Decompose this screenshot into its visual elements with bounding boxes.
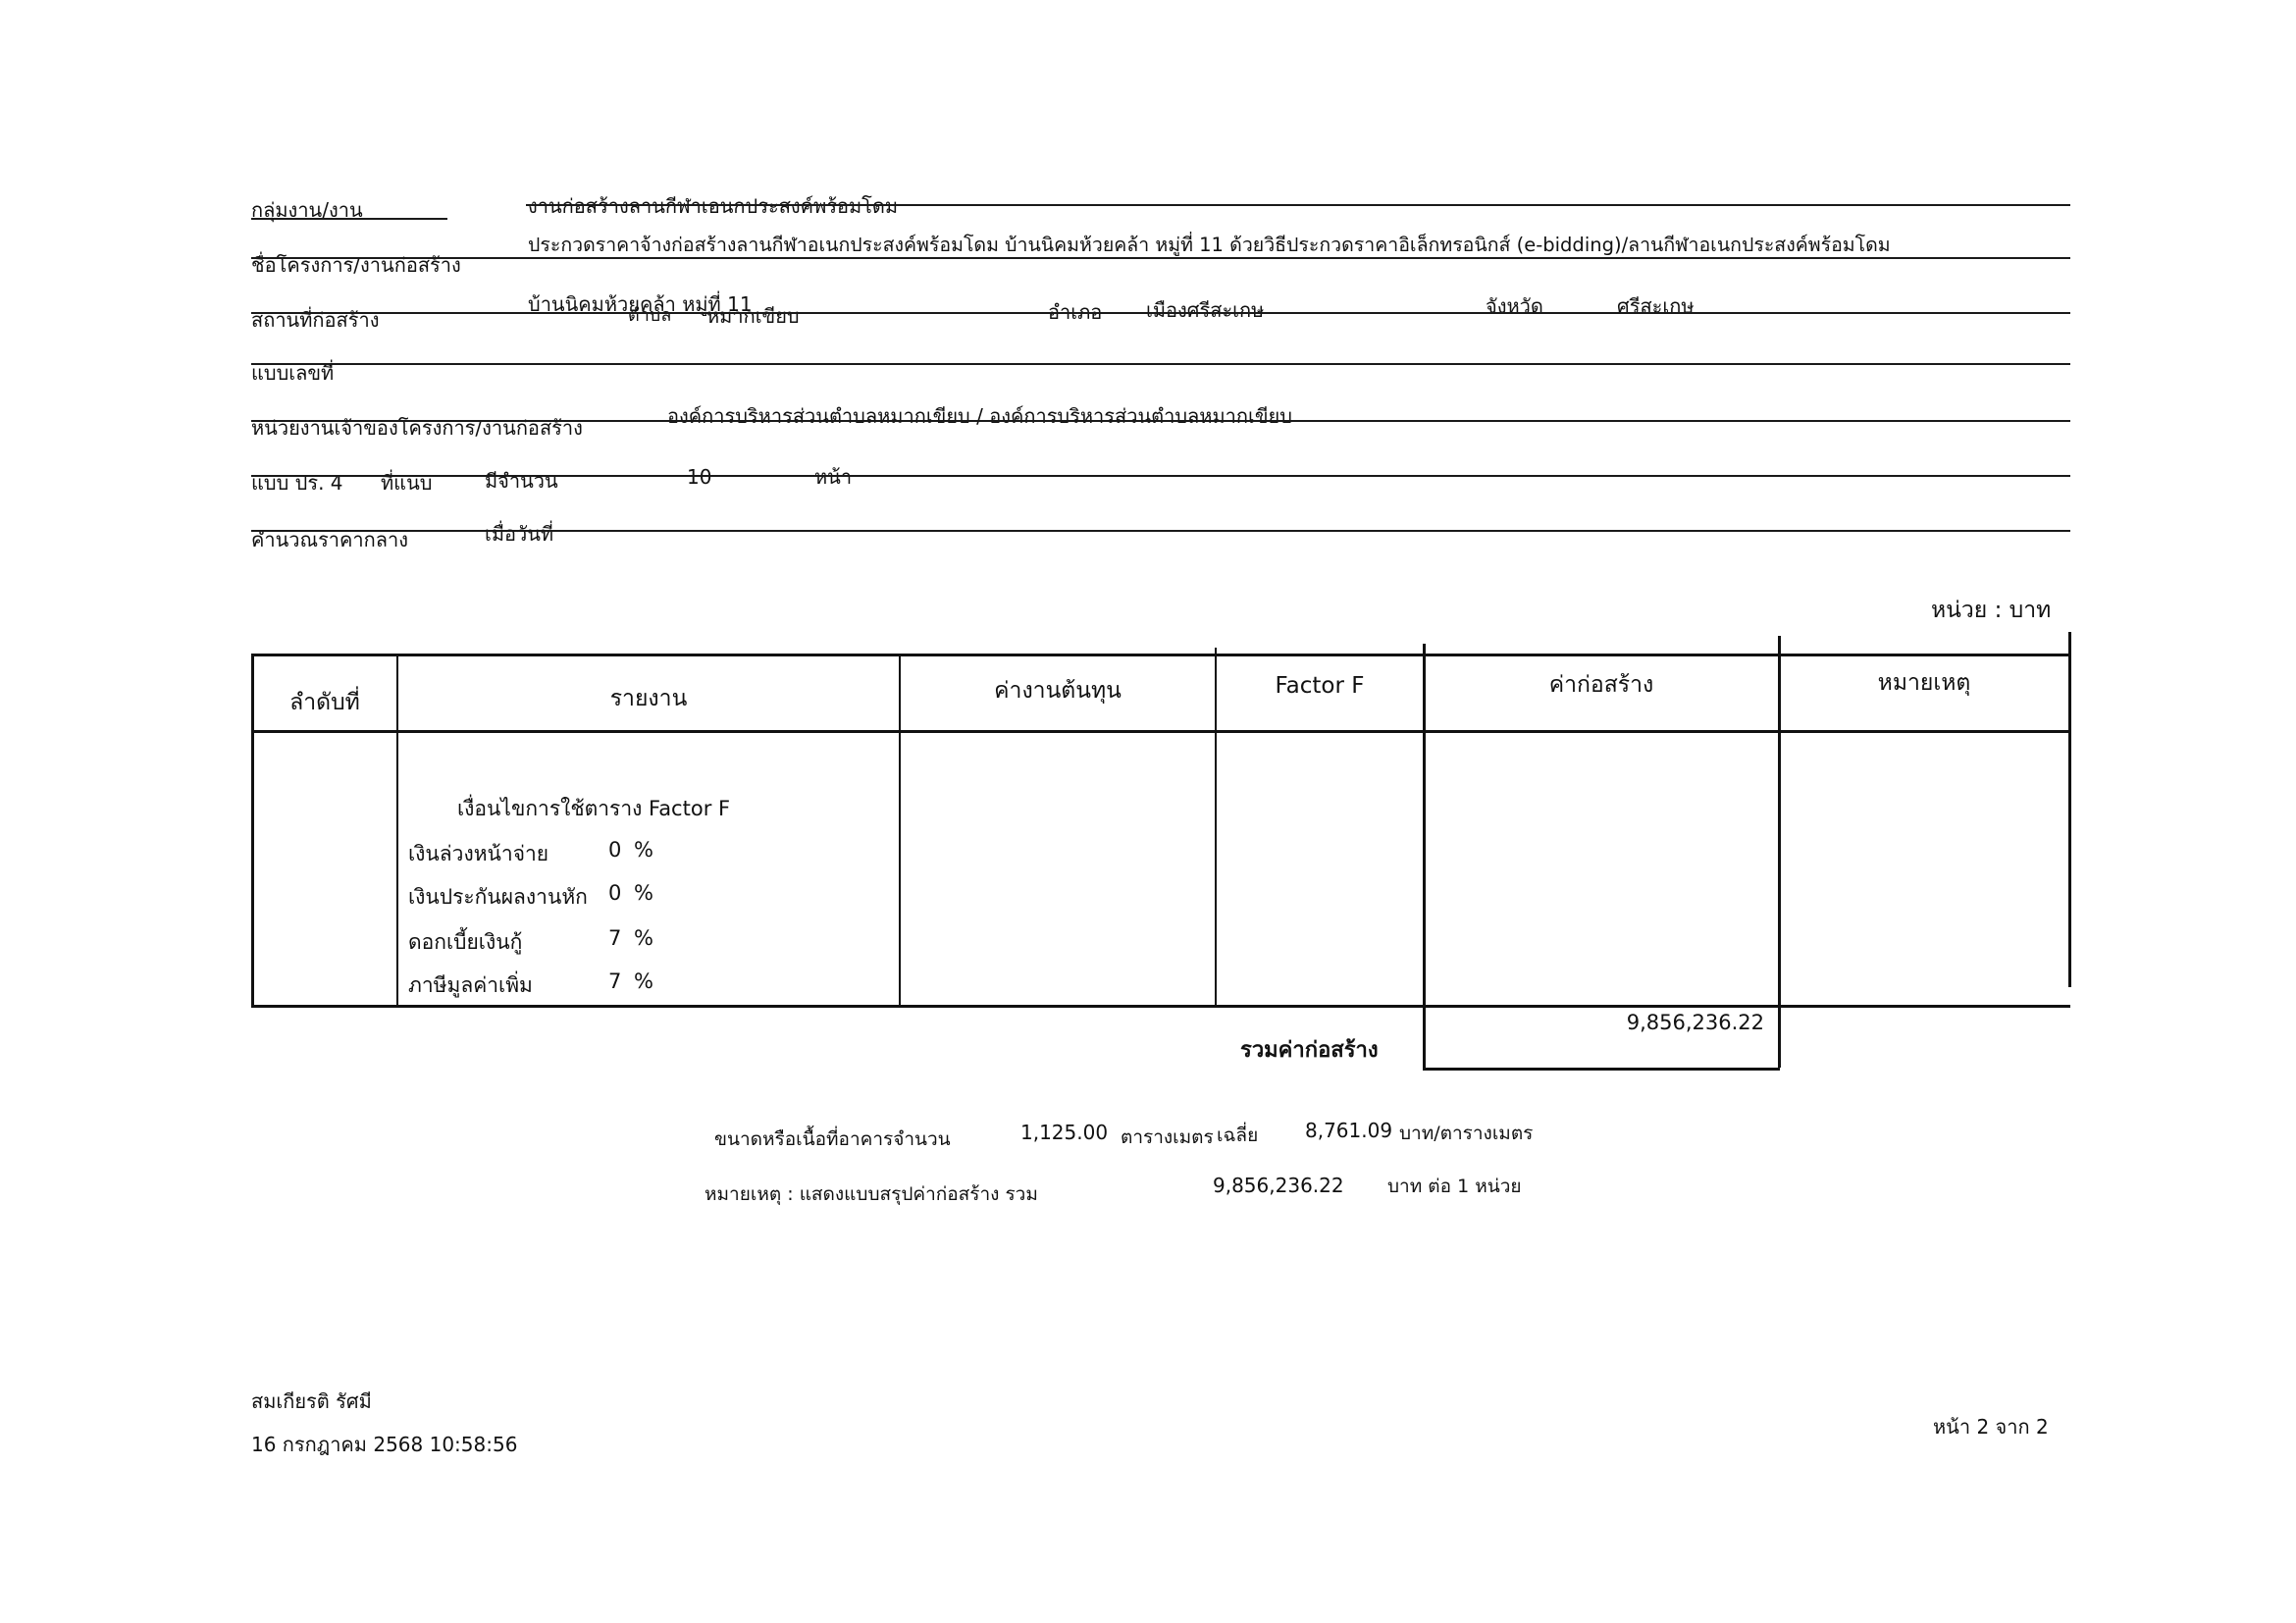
work-group-value: งานก่อสร้างลานกีฬาเอนกประสงค์พร้อมโดม	[528, 190, 898, 222]
area-unit: ตารางเมตร	[1121, 1123, 1214, 1152]
condition-label-advance: เงินล่วงหน้าจ่าย	[408, 838, 548, 870]
area-value: 1,125.00	[1020, 1121, 1108, 1144]
condition-unit: %	[634, 969, 653, 993]
condition-label-retention: เงินประกันผลงานหัก	[408, 881, 588, 914]
unit-label: หน่วย : บาท	[1931, 593, 2051, 628]
total-box-bottom-border	[1423, 1068, 1780, 1071]
province-label: จังหวัด	[1486, 290, 1543, 322]
table-bottom-border	[251, 1005, 2070, 1008]
condition-unit: %	[634, 926, 653, 950]
underline	[251, 257, 2070, 259]
underline	[251, 475, 2070, 477]
underline	[251, 312, 2070, 314]
subdistrict-label: ตำบล	[628, 300, 671, 329]
table-right-border	[2068, 632, 2071, 987]
underline	[251, 420, 2070, 422]
owner-value: องค์การบริหารส่วนตำบลหมากเขียบ / องค์การ…	[667, 400, 1292, 432]
condition-value-retention: 0	[608, 881, 621, 905]
calc-date-label: เมื่อวันที่	[485, 518, 553, 550]
district-value: เมืองศรีสะเกษ	[1146, 294, 1264, 326]
condition-value-interest: 7	[608, 926, 621, 950]
project-name-value: ประกวดราคาจ้างก่อสร้างลานกีฬาอเนกประสงค์…	[528, 230, 1891, 260]
form-attached-label: ที่แนบ	[381, 467, 432, 498]
page-indicator: หน้า 2 จาก 2	[1933, 1411, 2049, 1442]
owner-label: หน่วยงานเจ้าของโครงการ/งานก่อสร้าง	[251, 412, 583, 444]
condition-unit: %	[634, 881, 653, 905]
subdistrict-value: หมากเขียบ	[706, 300, 800, 332]
location-label: สถานที่ก่อสร้าง	[251, 304, 379, 336]
col-header-item: รายงาน	[398, 681, 899, 716]
underline	[251, 363, 2070, 365]
col-header-remark: หมายเหตุ	[1780, 665, 2068, 701]
form-count-value: 10	[687, 465, 711, 489]
form-label: แบบ ปร. 4	[251, 467, 343, 498]
underline	[526, 204, 2070, 206]
col-header-construction-cost: ค่าก่อสร้าง	[1425, 667, 1778, 703]
province-value: ศรีสะเกษ	[1617, 290, 1695, 322]
total-label: รวมค่าก่อสร้าง	[1240, 1032, 1379, 1067]
note-unit: บาท ต่อ 1 หน่วย	[1387, 1172, 1522, 1201]
project-name-label: ชื่อโครงการ/งานก่อสร้าง	[251, 249, 461, 281]
avg-value: 8,761.09	[1305, 1119, 1392, 1142]
condition-unit: %	[634, 838, 653, 862]
print-datetime: 16 กรกฎาคม 2568 10:58:56	[251, 1429, 517, 1460]
condition-value-vat: 7	[608, 969, 621, 993]
col-divider	[1778, 636, 1781, 1068]
author-name: สมเกียรติ รัศมี	[251, 1386, 372, 1417]
underline	[251, 218, 447, 220]
col-header-factor-f: Factor F	[1217, 673, 1423, 699]
col-header-seq: ลำดับที่	[253, 685, 396, 720]
design-no-label: แบบเลขที่	[251, 357, 334, 389]
condition-value-advance: 0	[608, 838, 621, 862]
calc-label: คำนวณราคากลาง	[251, 524, 408, 555]
work-group-label: กลุ่มงาน/งาน	[251, 194, 363, 226]
form-pages-label: หน้า	[814, 461, 852, 493]
note-label: หมายเหตุ : แสดงแบบสรุปค่าก่อสร้าง รวม	[704, 1179, 1038, 1209]
avg-unit: บาท/ตารางเมตร	[1399, 1119, 1533, 1148]
table-top-border	[251, 654, 2070, 656]
conditions-title: เงื่อนไขการใช้ตาราง Factor F	[457, 793, 730, 825]
col-divider	[1215, 648, 1217, 1007]
col-header-cost: ค่างานต้นทุน	[901, 673, 1215, 708]
form-count-label: มีจำนวน	[485, 465, 558, 497]
condition-label-interest: ดอกเบี้ยเงินกู้	[408, 926, 522, 959]
area-label: ขนาดหรือเนื้อที่อาคารจำนวน	[714, 1125, 951, 1154]
col-divider	[1423, 644, 1426, 1070]
note-value: 9,856,236.22	[1213, 1174, 1344, 1197]
avg-label: เฉลี่ย	[1217, 1121, 1258, 1150]
total-value: 9,856,236.22	[1427, 1011, 1764, 1034]
underline	[251, 530, 2070, 532]
condition-label-vat: ภาษีมูลค่าเพิ่ม	[408, 969, 533, 1002]
table-header-bottom-border	[251, 730, 2070, 733]
